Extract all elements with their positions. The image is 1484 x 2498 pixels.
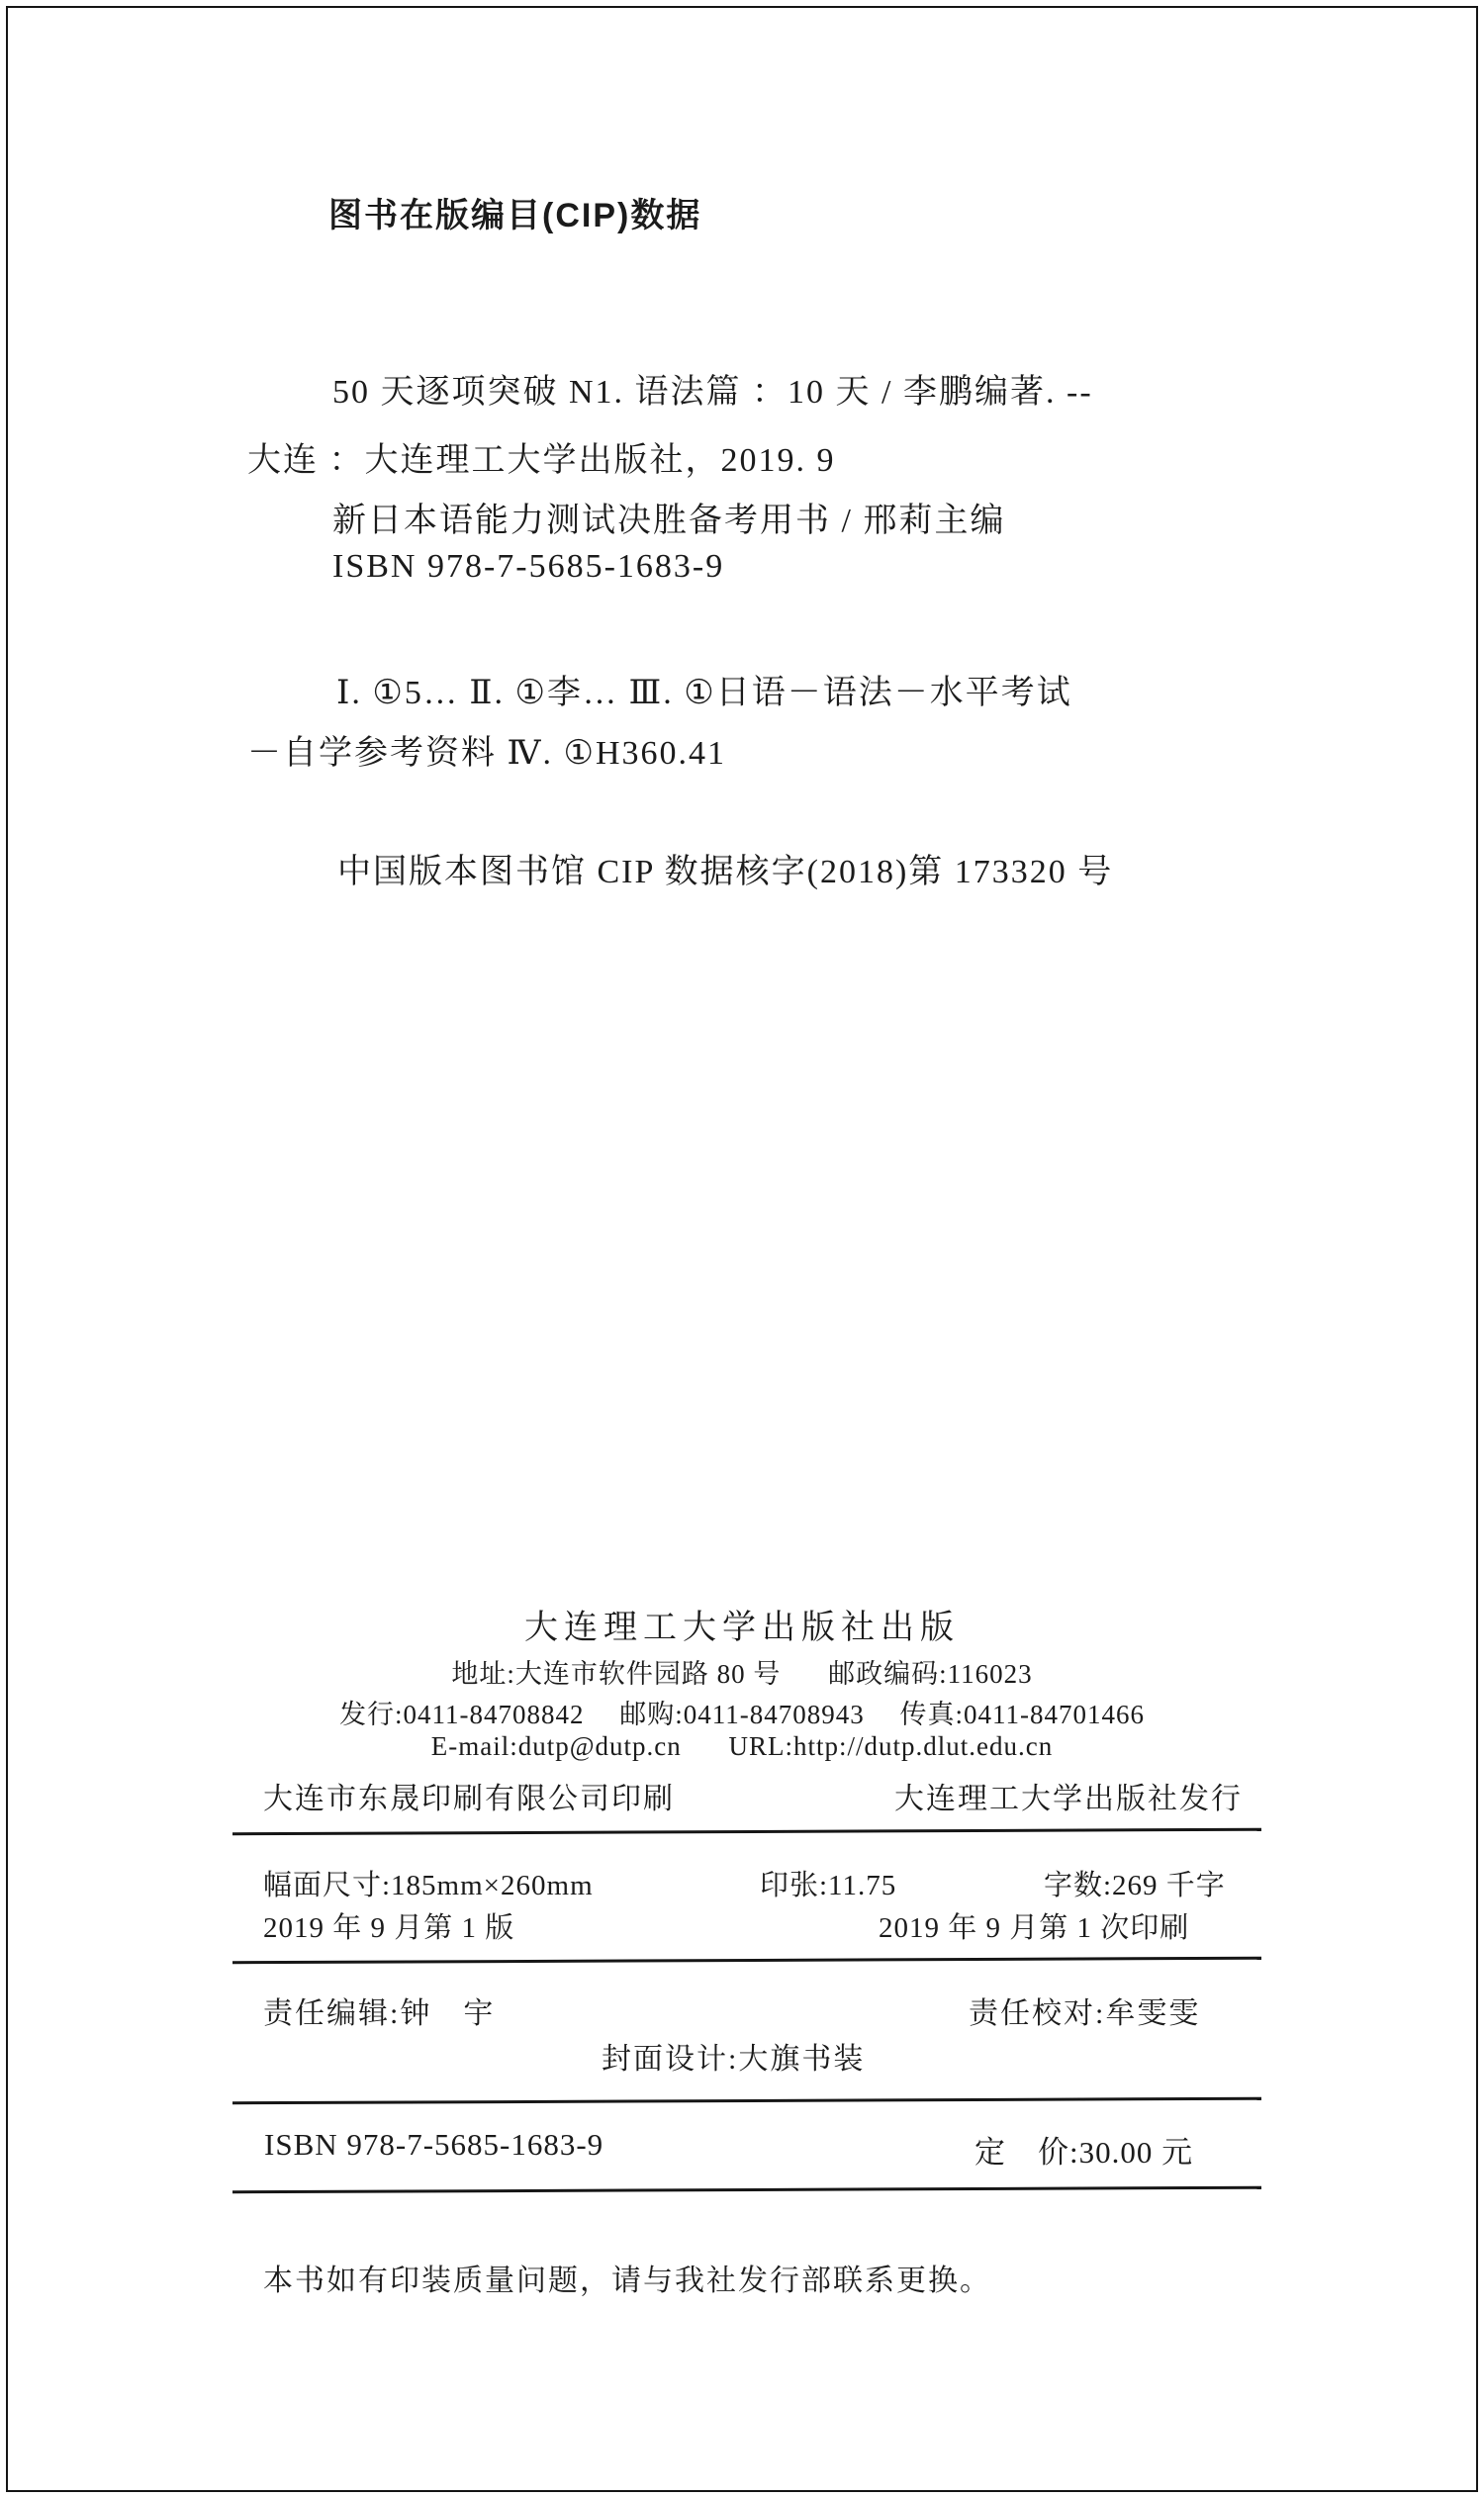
cip-registration-number: 中国版本图书馆 CIP 数据核字(2018)第 173320 号 bbox=[337, 844, 1113, 892]
edition-info: 2019 年 9 月第 1 版 bbox=[263, 1905, 514, 1946]
impression-info: 2019 年 9 月第 1 次印刷 bbox=[879, 1905, 1189, 1946]
distribution-phone: 发行:0411-84708842 bbox=[339, 1693, 585, 1731]
publisher-address: 地址:大连市软件园路 80 号 bbox=[451, 1652, 781, 1691]
footer-price: 定 价:30.00 元 bbox=[974, 2127, 1193, 2172]
publisher-email: E-mail:dutp@dutp.cn bbox=[431, 1731, 682, 1762]
cip-classification-line1: Ⅰ. ①5… Ⅱ. ①李… Ⅲ. ①日语－语法－水平考试 bbox=[336, 665, 1072, 713]
publisher-url: URL:http://dutp.dlut.edu.cn bbox=[729, 1731, 1054, 1762]
cip-record-isbn: ISBN 978-7-5685-1683-9 bbox=[332, 548, 724, 586]
cip-data-heading: 图书在版编目(CIP)数据 bbox=[328, 188, 701, 236]
copyright-page: 图书在版编目(CIP)数据 50 天逐项突破 N1. 语法篇 ：10 天 / 李… bbox=[0, 0, 1484, 2498]
printed-sheets: 印张:11.75 bbox=[760, 1863, 896, 1903]
cip-classification-line2: －自学参考资料 Ⅳ. ①H360.41 bbox=[247, 725, 726, 774]
phone-row: 发行:0411-84708842 邮购:0411-84708943 传真:041… bbox=[0, 1693, 1484, 1731]
distributor-name: 大连理工大学出版社发行 bbox=[894, 1774, 1243, 1817]
divider-rule-4 bbox=[232, 2186, 1261, 2194]
fax-number: 传真:0411-84701466 bbox=[900, 1693, 1146, 1731]
publisher-line: 大连理工大学出版社出版 bbox=[0, 1600, 1484, 1648]
divider-rule-1 bbox=[232, 1828, 1261, 1836]
cip-record-title-line: 50 天逐项突破 N1. 语法篇 ：10 天 / 李鹏编著. -- bbox=[332, 364, 1093, 413]
cip-record-series-line: 新日本语能力测试决胜备考用书 / 邢莉主编 bbox=[332, 493, 1005, 541]
postal-code: 邮政编码:116023 bbox=[828, 1652, 1033, 1691]
printer-name: 大连市东晟印刷有限公司印刷 bbox=[263, 1774, 675, 1817]
quality-notice: 本书如有印装质量问题，请与我社发行部联系更换。 bbox=[263, 2256, 991, 2299]
footer-isbn: ISBN 978-7-5685-1683-9 bbox=[264, 2127, 603, 2163]
address-row: 地址:大连市软件园路 80 号 邮政编码:116023 bbox=[0, 1652, 1484, 1691]
mail-order-phone: 邮购:0411-84708943 bbox=[619, 1693, 865, 1731]
word-count: 字数:269 千字 bbox=[1044, 1863, 1226, 1903]
printer-distributor-row: 大连市东晟印刷有限公司印刷 大连理工大学出版社发行 bbox=[263, 1774, 1243, 1817]
divider-rule-2 bbox=[232, 1957, 1261, 1965]
publisher-name: 大连理工大学出版社出版 bbox=[524, 1600, 960, 1648]
format-dimensions: 幅面尺寸:185mm×260mm bbox=[263, 1863, 594, 1903]
responsible-editor: 责任编辑:钟 宇 bbox=[263, 1989, 495, 2032]
email-url-row: E-mail:dutp@dutp.cn URL:http://dutp.dlut… bbox=[0, 1731, 1484, 1762]
cover-designer: 封面设计:大旗书装 bbox=[602, 2034, 865, 2078]
responsible-proofreader: 责任校对:牟雯雯 bbox=[969, 1989, 1200, 2032]
cip-record-publisher-line: 大连 ：大连理工大学出版社，2019. 9 bbox=[247, 432, 836, 481]
divider-rule-3 bbox=[232, 2097, 1261, 2105]
